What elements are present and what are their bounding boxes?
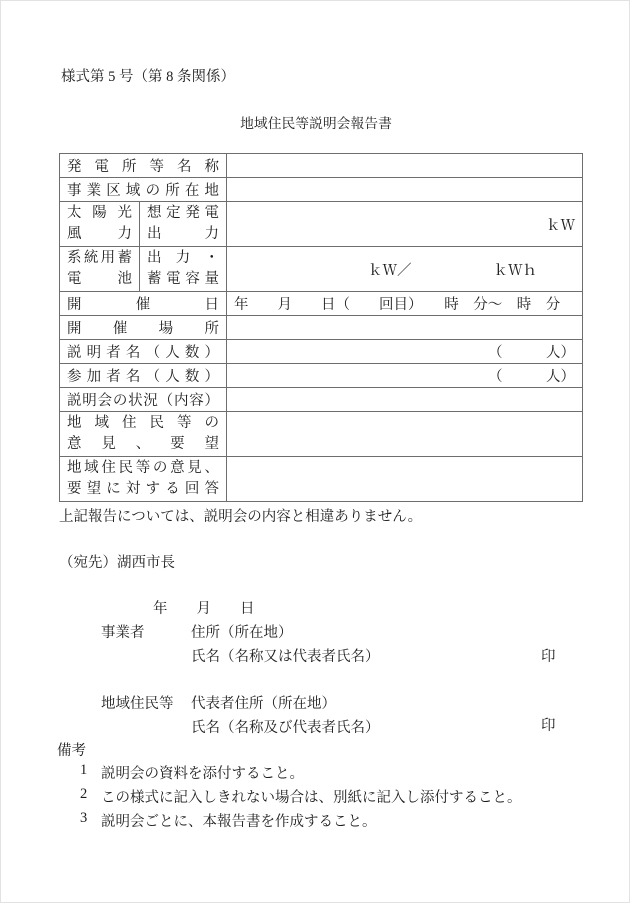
residents-address-label: 代表者住所（所在地） xyxy=(191,692,336,713)
document-page: 様式第 5 号（第 8 条関係） 地域住民等説明会報告書 発電所等名称 事業区域… xyxy=(0,0,630,903)
row-value-battery-units: ｋＷ／ ｋＷｈ xyxy=(227,247,583,292)
row-value-held-date: 年 月 日（ 回目） 時 分～ 時 分 xyxy=(227,292,583,316)
form-number: 様式第 5 号（第 8 条関係） xyxy=(61,65,235,86)
residents-label: 地域住民等 xyxy=(101,692,174,713)
operator-seal-mark: 印 xyxy=(541,645,556,666)
row-value-plant-name xyxy=(227,154,583,178)
note-number: 1 xyxy=(80,762,87,779)
row-value-participants-count: （ 人） xyxy=(227,364,583,388)
row-label-solar-wind: 太陽光 風力 xyxy=(60,202,140,247)
row-value-meeting-summary xyxy=(227,388,583,412)
row-value-held-place xyxy=(227,316,583,340)
table-row: 開催日 年 月 日（ 回目） 時 分～ 時 分 xyxy=(60,292,583,316)
table-row: 参加者名（人数） （ 人） xyxy=(60,364,583,388)
note-text: 説明会ごとに、本報告書を作成すること。 xyxy=(101,810,377,831)
row-label-grid-battery: 系統用蓄 電池 xyxy=(60,247,140,292)
note-number: 2 xyxy=(80,786,87,803)
page-title: 地域住民等説明会報告書 xyxy=(1,112,630,132)
attestation-statement: 上記報告については、説明会の内容と相違ありません。 xyxy=(59,505,422,526)
note-text: この様式に記入しきれない場合は、別紙に記入し添付すること。 xyxy=(101,786,522,807)
row-value-responses xyxy=(227,457,583,502)
table-row: 太陽光 風力 想定発電 出力 ｋＷ xyxy=(60,202,583,247)
table-row: 説明会の状況（内容） xyxy=(60,388,583,412)
row-label-site-location: 事業区域の所在地 xyxy=(60,178,227,202)
row-label-output-capacity: 出力・ 蓄電容量 xyxy=(140,247,227,292)
row-value-residents-opinions xyxy=(227,412,583,457)
residents-seal-mark: 印 xyxy=(541,714,556,735)
table-row: 開催場所 xyxy=(60,316,583,340)
unit-kw: ｋＷ／ xyxy=(368,259,412,280)
note-number: 3 xyxy=(80,810,87,827)
row-label-plant-name: 発電所等名称 xyxy=(60,154,227,178)
row-value-presenters-count: （ 人） xyxy=(227,340,583,364)
notes-heading: 備考 xyxy=(57,739,86,760)
row-label-residents-opinions: 地域住民等の 意見、要望 xyxy=(60,412,227,457)
row-label-participants: 参加者名（人数） xyxy=(60,364,227,388)
operator-label: 事業者 xyxy=(101,621,145,642)
operator-address-label: 住所（所在地） xyxy=(191,621,293,642)
note-text: 説明会の資料を添付すること。 xyxy=(101,762,304,783)
table-row: 説明者名（人数） （ 人） xyxy=(60,340,583,364)
row-label-held-date: 開催日 xyxy=(60,292,227,316)
operator-name-label: 氏名（名称又は代表者氏名） xyxy=(191,645,380,666)
row-label-presenters: 説明者名（人数） xyxy=(60,340,227,364)
table-row: 地域住民等の 意見、要望 xyxy=(60,412,583,457)
unit-kwh: ｋＷｈ xyxy=(494,259,538,280)
table-row: 系統用蓄 電池 出力・ 蓄電容量 ｋＷ／ ｋＷｈ xyxy=(60,247,583,292)
residents-name-label: 氏名（名称及び代表者氏名） xyxy=(191,716,380,737)
table-row: 事業区域の所在地 xyxy=(60,178,583,202)
row-label-meeting-summary: 説明会の状況（内容） xyxy=(60,388,227,412)
row-value-expected-output-kw: ｋＷ xyxy=(227,202,583,247)
addressee-line: （宛先）湖西市長 xyxy=(59,551,175,572)
row-label-responses: 地域住民等の意見、 要望に対する回答 xyxy=(60,457,227,502)
row-value-site-location xyxy=(227,178,583,202)
row-label-expected-output: 想定発電 出力 xyxy=(140,202,227,247)
table-row: 地域住民等の意見、 要望に対する回答 xyxy=(60,457,583,502)
table-row: 発電所等名称 xyxy=(60,154,583,178)
signature-date-line: 年 月 日 xyxy=(153,597,255,618)
row-label-held-place: 開催場所 xyxy=(60,316,227,340)
report-table: 発電所等名称 事業区域の所在地 太陽光 風力 想定発電 出力 ｋＷ 系統用蓄 電… xyxy=(59,153,583,502)
